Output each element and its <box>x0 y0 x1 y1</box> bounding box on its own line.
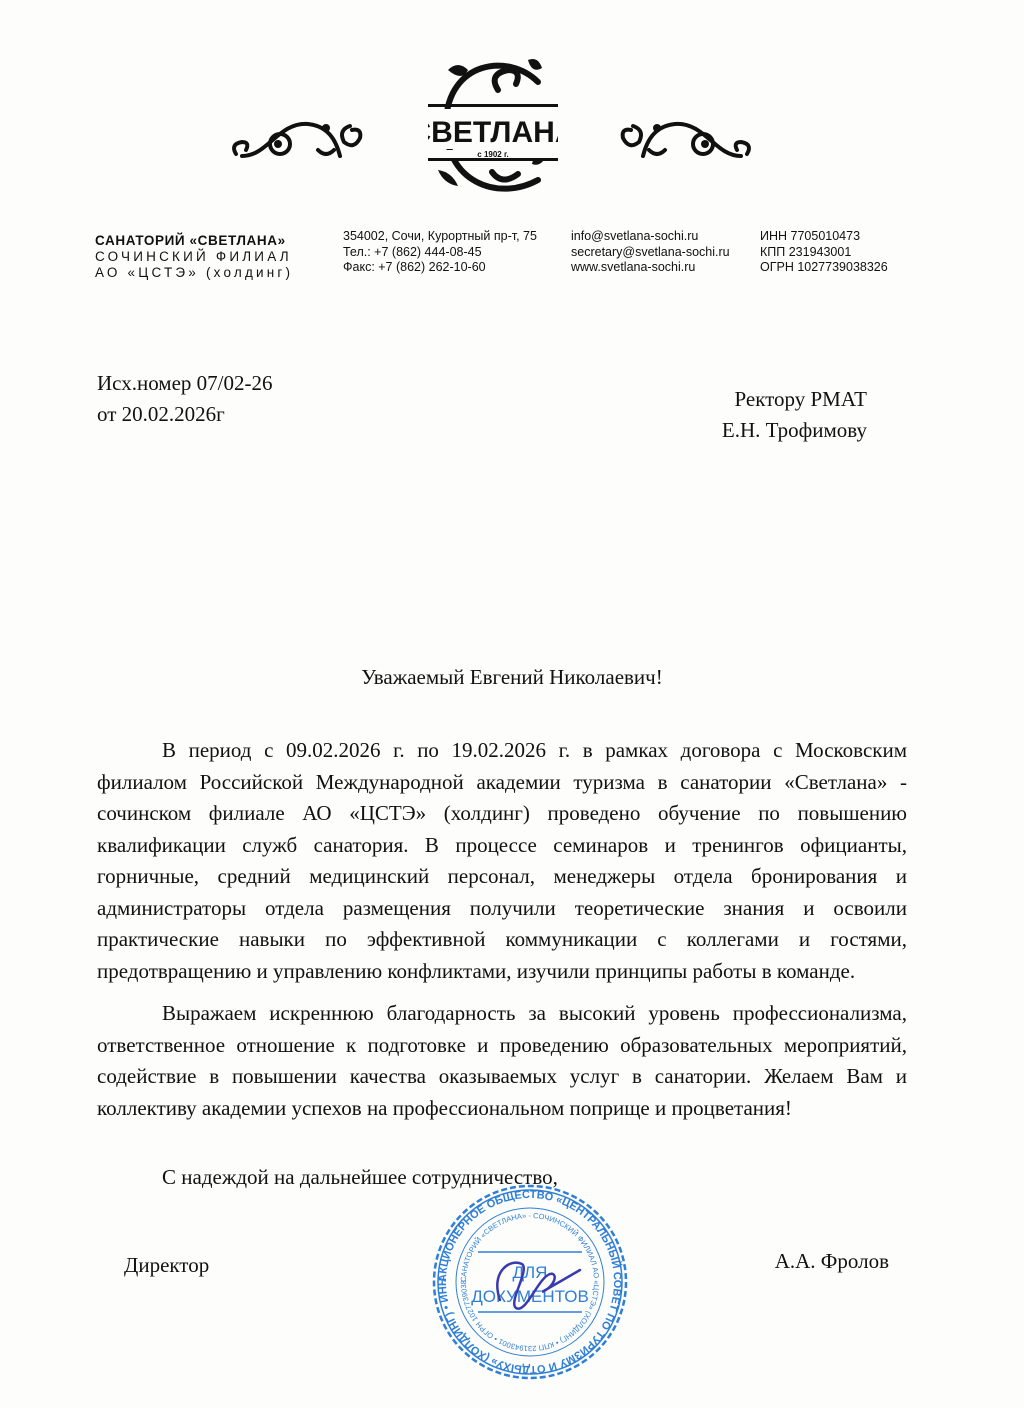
addressee-title: Ректору РМАТ <box>722 384 867 415</box>
org-name-line3: АО «ЦСТЭ» (холдинг) <box>95 265 293 281</box>
signer-position: Директор <box>124 1250 209 1281</box>
inn: ИНН 7705010473 <box>760 229 888 245</box>
reference-date: от 20.02.2026г <box>97 399 273 430</box>
svg-text:СВЕТЛАНА: СВЕТЛАНА <box>428 116 558 149</box>
ogrn: ОГРН 1027739038326 <box>760 260 888 276</box>
org-name-line1: САНАТОРИЙ «СВЕТЛАНА» <box>95 233 293 249</box>
body-paragraph-1: В период с 09.02.2026 г. по 19.02.2026 г… <box>97 735 907 987</box>
svetlana-logo-icon: СВЕТЛАНА с 1902 г. <box>428 52 558 202</box>
outgoing-reference: Исх.номер 07/02-26 от 20.02.2026г <box>97 368 273 430</box>
organization-name-block: САНАТОРИЙ «СВЕТЛАНА» СОЧИНСКИЙ ФИЛИАЛ АО… <box>95 233 293 281</box>
greeting: Уважаемый Евгений Николаевич! <box>0 662 1024 693</box>
signer-name: А.А. Фролов <box>775 1246 889 1277</box>
svg-text:с 1902 г.: с 1902 г. <box>477 150 508 159</box>
registration-block: ИНН 7705010473 КПП 231943001 ОГРН 102773… <box>760 229 888 276</box>
addressee-name: Е.Н. Трофимову <box>722 415 867 446</box>
contacts-block: info@svetlana-sochi.ru secretary@svetlan… <box>571 229 730 276</box>
email-secretary: secretary@svetlana-sochi.ru <box>571 245 730 261</box>
letter-body: В период с 09.02.2026 г. по 19.02.2026 г… <box>97 735 907 1124</box>
website: www.svetlana-sochi.ru <box>571 260 730 276</box>
phone-number: Тел.: +7 (862) 444-08-45 <box>343 245 537 261</box>
ornament-right-icon <box>615 112 755 172</box>
ornament-left-icon <box>228 112 368 172</box>
email-info: info@svetlana-sochi.ru <box>571 229 730 245</box>
org-name-line2: СОЧИНСКИЙ ФИЛИАЛ <box>95 249 293 265</box>
street-address: 354002, Сочи, Курортный пр-т, 75 <box>343 229 537 245</box>
body-paragraph-2: Выражаем искреннюю благодарность за высо… <box>97 998 907 1124</box>
company-stamp-icon: АКЦИОНЕРНОЕ ОБЩЕСТВО «ЦЕНТРАЛЬНЫЙ СОВЕТ … <box>430 1182 630 1382</box>
fax-number: Факс: +7 (862) 262-10-60 <box>343 260 537 276</box>
address-block: 354002, Сочи, Курортный пр-т, 75 Тел.: +… <box>343 229 537 276</box>
addressee-block: Ректору РМАТ Е.Н. Трофимову <box>722 384 867 446</box>
reference-number: Исх.номер 07/02-26 <box>97 368 273 399</box>
kpp: КПП 231943001 <box>760 245 888 261</box>
